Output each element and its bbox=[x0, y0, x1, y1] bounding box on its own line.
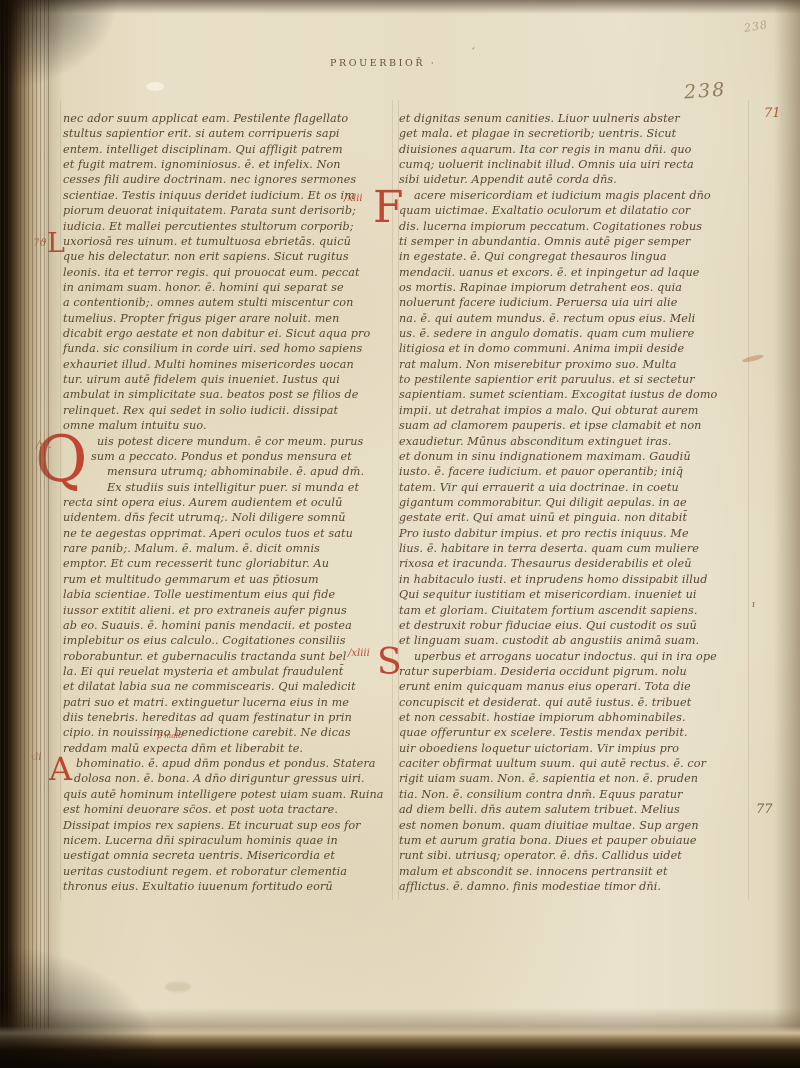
text-line: in egestate. ē. Qui congregat thesauros … bbox=[399, 249, 667, 264]
text-line: rigit uiam suam. Non. ē. sapientia et no… bbox=[399, 771, 698, 786]
text-line: et dignitas senum canities. Liuor uulner… bbox=[399, 111, 680, 126]
text-line: mensura utrumq; abhominabile. ē. apud dm… bbox=[63, 464, 364, 479]
text-line: a contentionib;. omnes autem stulti misc… bbox=[63, 295, 353, 310]
text-line: concupiscit et desiderat. qui autē iust… bbox=[399, 695, 691, 710]
initial-Q: Q bbox=[35, 428, 87, 492]
text-line: acere misericordiam et iudicium magis pl… bbox=[399, 188, 711, 203]
text-line: scientiae. Testis iniquus deridet iudici… bbox=[63, 188, 355, 203]
gutter-shadow bbox=[46, 0, 64, 1028]
top-left-corner-shadow bbox=[0, 0, 120, 90]
book-spine-edge bbox=[0, 0, 52, 1068]
text-line: leonis. ita et terror regis. qui prouoca… bbox=[63, 265, 360, 280]
text-line: quam uictimae. Exaltatio oculorum et dil… bbox=[399, 203, 690, 218]
text-line: get mala. et plagae in secretiorib; uent… bbox=[399, 126, 676, 141]
text-line: caciter obfirmat uultum suum. qui autē … bbox=[399, 756, 706, 771]
text-line: gestate erit. Qui amat uinū et pinguia.… bbox=[399, 510, 687, 525]
text-column-right: FSet dignitas senum canities. Liuor uuln… bbox=[399, 111, 746, 894]
text-line: erunt enim quicquam manus eius operari. … bbox=[399, 679, 691, 694]
text-line: est homini deuorare sc̄os. et post uota … bbox=[63, 802, 338, 817]
text-line: et destruxit robur fiduciae eius. Qui cu… bbox=[399, 618, 697, 633]
nota-mark: 7ϑ bbox=[33, 238, 47, 249]
text-line: ne te aegestas opprimat. Aperi oculos tu… bbox=[63, 526, 353, 541]
initial-F: F bbox=[373, 186, 404, 230]
text-line: uperbus et arrogans uocatur indoctus. qu… bbox=[399, 649, 717, 664]
smudge bbox=[165, 982, 191, 992]
text-line: la. Ei qui reuelat mysteria et ambulat f… bbox=[63, 664, 343, 679]
text-line: nec ador suum applicat eam. Pestilente f… bbox=[63, 111, 348, 126]
ruling-line bbox=[748, 100, 749, 900]
text-line: labia scientiae. Tolle uestimentum eius … bbox=[63, 587, 335, 602]
text-line: cipio. in nouissimo benedictione carebit… bbox=[63, 725, 351, 740]
manuscript-photo: PROUERBIOR̄ · ' 238 238 7ϑ /xl. /xli /xl… bbox=[0, 0, 800, 1068]
text-line: exaudietur. Mūnus absconditum extinguet… bbox=[399, 434, 672, 449]
text-line: dicabit ergo aestate et non dabitur ei. … bbox=[63, 326, 370, 341]
text-line: ratur superbiam. Desideria occidunt pigr… bbox=[399, 664, 687, 679]
text-line: to pestilente sapientior erit paruulus. … bbox=[399, 372, 695, 387]
text-line: exhauriet illud. Multi homines misericor… bbox=[63, 357, 354, 372]
text-line: cumq; uoluerit inclinabit illud. Omnis u… bbox=[399, 157, 694, 172]
page-right-edge bbox=[774, 0, 800, 1068]
text-line: suam ad clamorem pauperis. et ipse clama… bbox=[399, 418, 702, 433]
text-line: patri suo et matri. extinguetur lucerna … bbox=[63, 695, 349, 710]
running-title: PROUERBIOR̄ · bbox=[330, 58, 530, 69]
text-line: litigiosa et in domo communi. Anima impi… bbox=[399, 341, 684, 356]
text-line: quae offeruntur ex scelere. Testis menda… bbox=[399, 725, 688, 740]
text-line: sum a peccato. Pondus et pondus mensura … bbox=[63, 449, 352, 464]
text-line: bhominatio. ē. apud dn̄m pondus et pondu… bbox=[63, 756, 376, 771]
text-line: sibi uidetur. Appendit autē corda dn̄s. bbox=[399, 172, 617, 187]
nota-mark-red: ϑ bbox=[39, 238, 46, 249]
text-line: sapientiam. sumet scientiam. Excogitat i… bbox=[399, 387, 717, 402]
initial-L: L bbox=[47, 230, 65, 257]
initial-A: A bbox=[49, 753, 72, 785]
text-line: et non cessabit. hostiae impiorum abhomi… bbox=[399, 710, 686, 725]
text-line: emptor. Et cum recesserit tunc gloriabit… bbox=[63, 556, 329, 571]
text-line: est nomen bonum. quam diuitiae multae. S… bbox=[399, 818, 699, 833]
right-margin-mark-top: 71 bbox=[764, 106, 781, 121]
text-line: nicem. Lucerna dn̄i spiraculum hominis q… bbox=[63, 833, 338, 848]
text-line: roborabuntur. et gubernaculis tractanda … bbox=[63, 649, 346, 664]
parchment-flaw bbox=[146, 82, 164, 91]
text-line: malum et abscondit se. innocens pertrans… bbox=[399, 864, 668, 879]
page-top-edge bbox=[0, 0, 800, 14]
text-line: relinquet. Rex qui sedet in solio iudici… bbox=[63, 403, 338, 418]
text-line: tia. Non. ē. consilium contra dnm̄. Equu… bbox=[399, 787, 683, 802]
text-line: us. ē. sedere in angulo domatis. quam cu… bbox=[399, 326, 694, 341]
text-line: ad diem belli. dn̄s autem salutem tribue… bbox=[399, 802, 680, 817]
text-line: cesses fili audire doctrinam. nec ignore… bbox=[63, 172, 356, 187]
text-line: iudicia. Et mallei percutientes stultoru… bbox=[63, 219, 354, 234]
text-line: afflictus. ē. damno. finis modestiae tim… bbox=[399, 879, 661, 894]
text-line: uis potest dicere mundum. ē cor meum. pu… bbox=[63, 434, 363, 449]
left-margin-tick: ' bbox=[22, 583, 24, 593]
text-line: stultus sapientior erit. si autem corrip… bbox=[63, 126, 340, 141]
text-line: rixosa et iracunda. Thesaurus desiderabi… bbox=[399, 556, 692, 571]
text-line: rat malum. Non miserebitur proximo suo. … bbox=[399, 357, 677, 372]
text-line: in habitaculo iusti. et inprudens homo d… bbox=[399, 572, 708, 587]
text-line: rare panib;. Malum. ē. malum. ē. dicit o… bbox=[63, 541, 320, 556]
text-line: thronus eius. Exultatio iuuenum fortitud… bbox=[63, 879, 333, 894]
text-line: in animam suam. honor. ē. homini qui sep… bbox=[63, 280, 344, 295]
text-line: reddam malū expecta dn̄m et liberabit t… bbox=[63, 741, 303, 756]
text-line: Ex studiis suis intelligitur puer. si mu… bbox=[63, 480, 359, 495]
ink-speck: ' bbox=[467, 46, 475, 55]
text-line: runt sibi. utriusq; operator. ē. dn̄s. C… bbox=[399, 848, 682, 863]
text-column-left: LQAnec ador suum applicat eam. Pestilent… bbox=[63, 111, 393, 894]
text-line: piorum deuorat iniquitatem. Parata sunt … bbox=[63, 203, 356, 218]
text-line: iussor extitit alieni. et pro extraneis … bbox=[63, 603, 347, 618]
corner-folio-number: 238 bbox=[743, 18, 769, 35]
text-line: ti semper in abundantia. Omnis autē pig… bbox=[399, 234, 691, 249]
text-line: diuisiones aquarum. Ita cor regis in man… bbox=[399, 142, 691, 157]
text-line: uestigat omnia secreta uentris. Miserico… bbox=[63, 848, 335, 863]
text-line: ueritas custodiunt regem. et roboratur c… bbox=[63, 864, 347, 879]
text-line: tum et aurum gratia bona. Diues et paupe… bbox=[399, 833, 697, 848]
text-line: tur. uirum autē fidelem quis inueniet. … bbox=[63, 372, 340, 387]
text-line: tam et gloriam. Ciuitatem fortium ascend… bbox=[399, 603, 698, 618]
text-line: recta sint opera eius. Aurem audientem e… bbox=[63, 495, 342, 510]
text-line: tumelius. Propter frigus piger arare nol… bbox=[63, 311, 339, 326]
initial-S: S bbox=[377, 645, 402, 681]
text-line: na. ē. qui autem mundus. ē. rectum opus … bbox=[399, 311, 695, 326]
text-line: quis autē hominum intelligere potest ui… bbox=[63, 787, 384, 802]
text-line: que his delectatur. non erit sapiens. Si… bbox=[63, 249, 349, 264]
chapter-number-xli: /xli bbox=[26, 752, 41, 763]
text-line: tatem. Vir qui errauerit a uia doctrinae… bbox=[399, 480, 679, 495]
text-line: rum et multitudo gemmarum et uas p̄tiosu… bbox=[63, 572, 319, 587]
text-line: ab eo. Suauis. ē. homini panis mendacii.… bbox=[63, 618, 352, 633]
text-line: uir oboediens loquetur uictoriam. Vir im… bbox=[399, 741, 679, 756]
text-line: lius. ē. habitare in terra deserta. quam… bbox=[399, 541, 699, 556]
text-line: Dissipat impios rex sapiens. Et incuruat… bbox=[63, 818, 361, 833]
text-line: ambulat in simplicitate sua. beatos post… bbox=[63, 387, 359, 402]
text-line: funda. sic consilium in corde uiri. sed … bbox=[63, 341, 362, 356]
text-line: noluerunt facere iudicium. Peruersa uia … bbox=[399, 295, 677, 310]
text-line: dis. lucerna impiorum peccatum. Cogitati… bbox=[399, 219, 702, 234]
text-line: et dilatat labia sua ne commiscearis. Qu… bbox=[63, 679, 356, 694]
page-bottom-edge bbox=[0, 1008, 800, 1068]
text-line: Qui sequitur iustitiam et misericordiam.… bbox=[399, 587, 697, 602]
text-line: os mortis. Rapinae impiorum detrahent eo… bbox=[399, 280, 682, 295]
text-line: et linguam suam. custodit ab angustiis a… bbox=[399, 633, 699, 648]
text-line: mendacii. uanus et excors. ē. et inpinge… bbox=[399, 265, 700, 280]
text-line: gigantum commorabitur. Qui diligit aepul… bbox=[399, 495, 687, 510]
text-line: et donum in sinu indignationem maximam. … bbox=[399, 449, 691, 464]
text-line: entem. intelliget disciplinam. Qui affli… bbox=[63, 142, 343, 157]
text-line: impii. ut detrahat impios a malo. Qui ob… bbox=[399, 403, 699, 418]
text-line: uidentem. dn̄s fecit utrumq;. Noli dilig… bbox=[63, 510, 346, 525]
text-line: diis tenebris. hereditas ad quam festina… bbox=[63, 710, 352, 725]
right-margin-mark-bottom: 77 bbox=[756, 802, 773, 817]
text-line: Pro iusto dabitur impius. et pro rectis … bbox=[399, 526, 689, 541]
right-margin-tick: ı bbox=[752, 600, 755, 610]
text-line: uxoriosā res uinum. et tumultuosa ebrie… bbox=[63, 234, 351, 249]
bottom-left-corner-shadow bbox=[0, 948, 160, 1068]
folio-number: 238 bbox=[683, 79, 727, 104]
text-line: iusto. ē. facere iudicium. et pauor oper… bbox=[399, 464, 683, 479]
text-line: et fugit matrem. ignominiosus. ē. et inf… bbox=[63, 157, 341, 172]
text-line: implebitur os eius calculo.. Cogitatione… bbox=[63, 633, 346, 648]
text-line: dolosa non. ē. bona. A dn̄o diriguntur g… bbox=[63, 771, 365, 786]
